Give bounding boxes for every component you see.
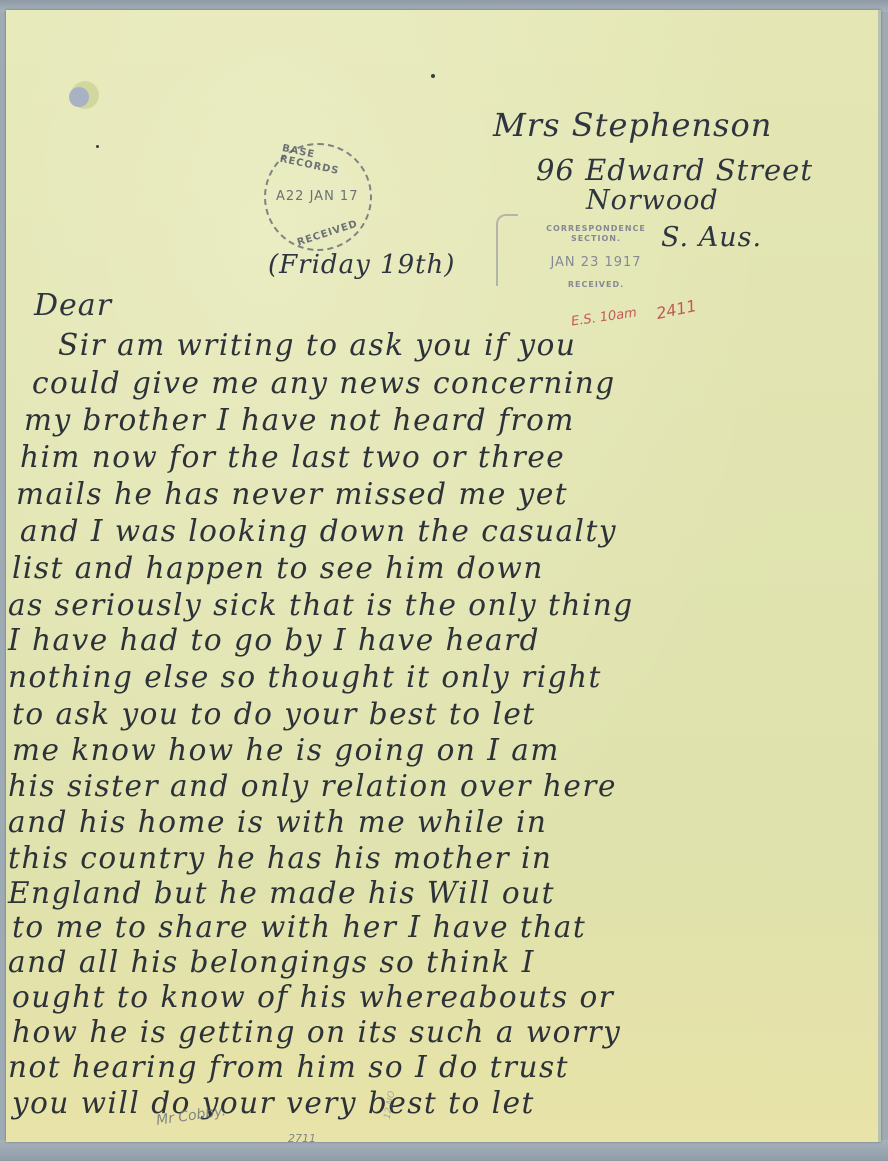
body-line: him now for the last two or three	[20, 440, 565, 474]
body-line: as seriously sick that is the only thing	[8, 588, 634, 622]
body-line: nothing else so thought it only right	[8, 660, 602, 694]
stamp-top-text: BASE RECORDS	[279, 143, 372, 183]
stamp-line-4: RECEIVED.	[536, 280, 656, 289]
salutation: Dear	[34, 288, 112, 323]
body-line: you will do your very best to let	[12, 1086, 535, 1120]
body-line: to me to share with her I have that	[12, 910, 586, 944]
ink-speck	[431, 74, 435, 78]
sender-street: 96 Edward Street	[536, 153, 813, 187]
stamp-line-1: CORRESPONDENCE	[536, 224, 656, 233]
scanner-backdrop-bottom	[0, 1140, 888, 1161]
body-line: Sir am writing to ask you if you	[58, 328, 576, 362]
body-line: mails he has never missed me yet	[16, 477, 568, 511]
sender-state: S. Aus.	[661, 222, 762, 253]
body-line: ought to know of his whereabouts or	[12, 980, 614, 1014]
stamp-line-2: SECTION.	[536, 234, 656, 243]
stamp-date: A22 JAN 17	[276, 189, 358, 204]
body-line: my brother I have not heard from	[24, 403, 575, 437]
pencil-number-annotation: 2711	[288, 1132, 316, 1145]
red-number-annotation: 2411	[654, 296, 698, 323]
body-line: I have had to go by I have heard	[8, 623, 540, 657]
ink-speck	[96, 145, 99, 148]
body-line: how he is getting on its such a worry	[12, 1015, 621, 1049]
sender-suburb: Norwood	[586, 185, 719, 216]
body-line: England but he made his Will out	[8, 876, 555, 910]
stamp-bottom-text: RECEIVED	[296, 218, 360, 248]
body-line: and all his belongings so think I	[8, 945, 535, 979]
body-line: me know how he is going on I am	[12, 733, 560, 767]
body-line: could give me any news concerning	[32, 366, 616, 400]
body-line: this country he has his mother in	[8, 841, 552, 875]
body-line: list and happen to see him down	[12, 551, 544, 585]
sender-name: Mrs Stephenson	[493, 106, 772, 144]
body-line: and I was looking down the casualty	[20, 514, 617, 548]
stamp-bracket-mark	[496, 214, 518, 286]
body-line: to ask you to do your best to let	[12, 697, 536, 731]
correspondence-section-stamp: CORRESPONDENCE SECTION. JAN 23 1917 RECE…	[536, 224, 656, 314]
body-line: his sister and only relation over here	[8, 769, 617, 803]
body-line: and his home is with me while in	[8, 805, 547, 839]
punch-hole	[69, 87, 89, 107]
body-line: not hearing from him so I do trust	[8, 1050, 569, 1084]
base-records-stamp: BASE RECORDS A22 JAN 17 RECEIVED	[264, 143, 372, 251]
letter-page: Mrs Stephenson 96 Edward Street Norwood …	[6, 10, 881, 1142]
letter-date: (Friday 19th)	[268, 250, 455, 280]
stamp-date: JAN 23 1917	[536, 255, 656, 270]
